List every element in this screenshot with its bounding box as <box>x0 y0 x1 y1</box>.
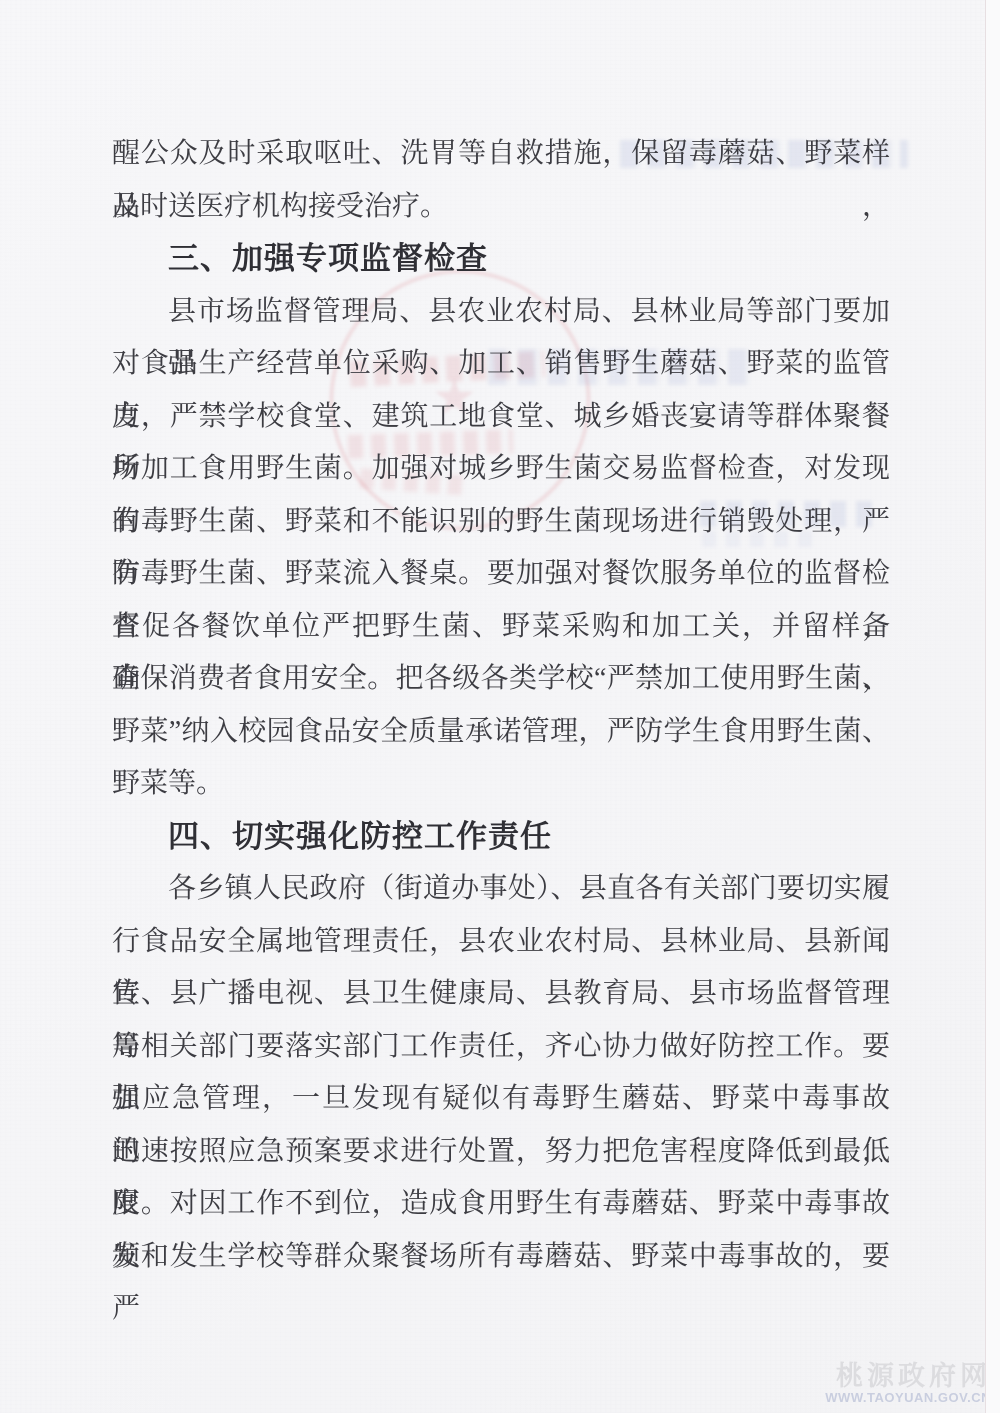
text-line: 确保消费者食用安全。把各级各类学校“严禁加工使用野生菌、 <box>112 653 890 706</box>
text-line: 传、县广播电视、县卫生健康局、县教育局、县市场监督管理局 <box>112 968 890 1021</box>
text-line: 迅速按照应急预案要求进行处置，努力把危害程度降低到最低限 <box>112 1126 890 1179</box>
watermark-site-url: WWW.TAOYUAN.GOV.CN <box>825 1390 991 1405</box>
text-line: 强应急管理，一旦发现有疑似有毒野生蘑菇、野菜中毒事故的， <box>112 1073 890 1126</box>
text-line: 有毒野生菌、野菜流入餐桌。要加强对餐饮服务单位的监督检查， <box>112 548 890 601</box>
text-line: 督促各餐饮单位严把野生菌、野菜采购和加工关，并留样备查， <box>112 601 890 654</box>
text-line: 所加工食用野生菌。加强对城乡野生菌交易监督检查，对发现的 <box>112 443 890 496</box>
text-line: 行食品安全属地管理责任，县农业农村局、县林业局、县新闻宣 <box>112 916 890 969</box>
text-line: 度，严禁学校食堂、建筑工地食堂、城乡婚丧宴请等群体聚餐场 <box>112 391 890 444</box>
text-line: 野菜”纳入校园食品安全质量承诺管理，严防学生食用野生菌、 <box>112 706 890 759</box>
text-line: 县市场监督管理局、县农业农村局、县林业局等部门要加强 <box>112 286 890 339</box>
section-heading-3: 三、加强专项监督检查 <box>112 233 890 286</box>
text-line: 对食品生产经营单位采购、加工、销售野生蘑菇、野菜的监管力 <box>112 338 890 391</box>
scanned-document-page: ★ 醒公众及时采取呕吐、洗胃等自救措施，保留毒蘑菇、野菜样品， 及时送医疗机构接… <box>0 0 1000 1413</box>
text-line: 等相关部门要落实部门工作责任，齐心协力做好防控工作。要加 <box>112 1021 890 1074</box>
text-line: 有毒野生菌、野菜和不能识别的野生菌现场进行销毁处理，严防 <box>112 496 890 549</box>
section-heading-4: 四、切实强化防控工作责任 <box>112 811 890 864</box>
document-text-block: 醒公众及时采取呕吐、洗胃等自救措施，保留毒蘑菇、野菜样品， 及时送医疗机构接受治… <box>112 128 890 1283</box>
text-line: 发和发生学校等群众聚餐场所有毒蘑菇、野菜中毒事故的，要严 <box>112 1231 890 1284</box>
text-line: 各乡镇人民政府（街道办事处）、县直各有关部门要切实履 <box>112 863 890 916</box>
site-watermark: 桃源政府网 WWW.TAOYUAN.GOV.CN <box>825 1362 991 1405</box>
watermark-site-name: 桃源政府网 <box>825 1362 991 1390</box>
scan-edge-strip <box>985 0 1000 1413</box>
text-line: 度。对因工作不到位，造成食用野生有毒蘑菇、野菜中毒事故频 <box>112 1178 890 1231</box>
text-line: 醒公众及时采取呕吐、洗胃等自救措施，保留毒蘑菇、野菜样品， <box>112 128 890 181</box>
text-line: 野菜等。 <box>112 758 890 811</box>
